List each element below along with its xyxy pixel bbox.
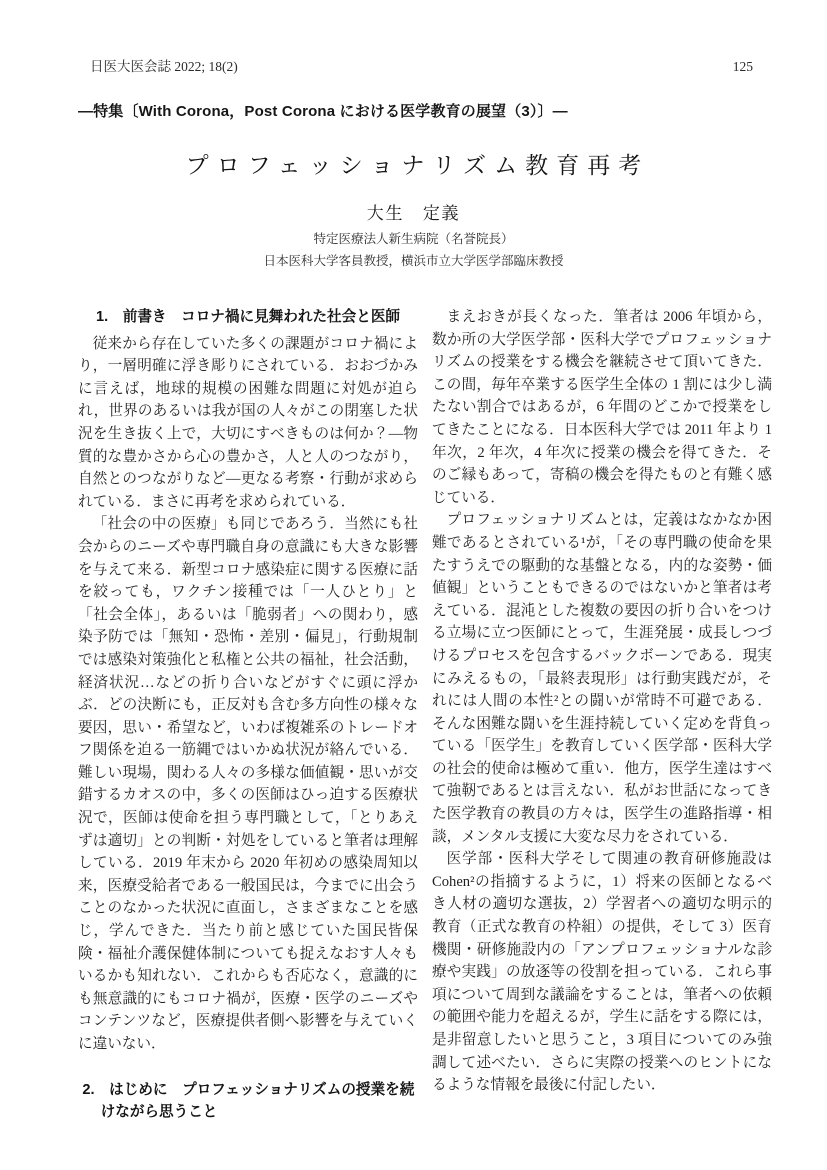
affiliation-primary: 特定医療法人新生病院（名誉院長） (0, 231, 827, 248)
section-2-heading: 2. はじめに プロフェッショナリズムの授業を続けながら思うこと (78, 1079, 418, 1124)
document-page: 日医大医会誌 2022; 18(2) 125 ―特集〔With Corona，P… (0, 0, 827, 1170)
feature-banner: ―特集〔With Corona，Post Corona における医学教育の展望（… (78, 102, 568, 122)
affiliation-secondary: 日本医科大学客員教授，横浜市立大学医学部臨床教授 (0, 253, 827, 270)
section-1-heading: 1. 前書き コロナ禍に見舞われた社会と医師 (78, 306, 418, 329)
page-number: 125 (733, 58, 753, 76)
author-name: 大生 定義 (0, 199, 827, 224)
section-2-paragraph-2: プロフェッショナリズムとは，定義はなかなか困難であるとされている¹が，「その専門… (432, 509, 772, 848)
page-header: 日医大医会誌 2022; 18(2) 125 (90, 58, 753, 76)
journal-citation: 日医大医会誌 2022; 18(2) (90, 58, 238, 76)
article-body: 1. 前書き コロナ禍に見舞われた社会と医師 従来から存在していた多くの課題がコ… (78, 306, 772, 1140)
section-1-paragraph-2: 「社会の中の医療」も同じであろう．当然にも社会からのニーズや専門職自身の意識にも… (78, 513, 418, 1055)
section-2-paragraph-1: まえおきが長くなった．筆者は 2006 年頃から，数か所の大学医学部・医科大学で… (432, 306, 772, 509)
section-2-paragraph-3: 医学部・医科大学そして関連の教育研修施設は Cohen²の指摘するように，1）将… (432, 848, 772, 1097)
section-1-paragraph-1: 従来から存在していた多くの課題がコロナ禍により，一層明確に浮き彫りにされている．… (78, 333, 418, 514)
article-title: プロフェッショナリズム教育再考 (0, 147, 827, 180)
